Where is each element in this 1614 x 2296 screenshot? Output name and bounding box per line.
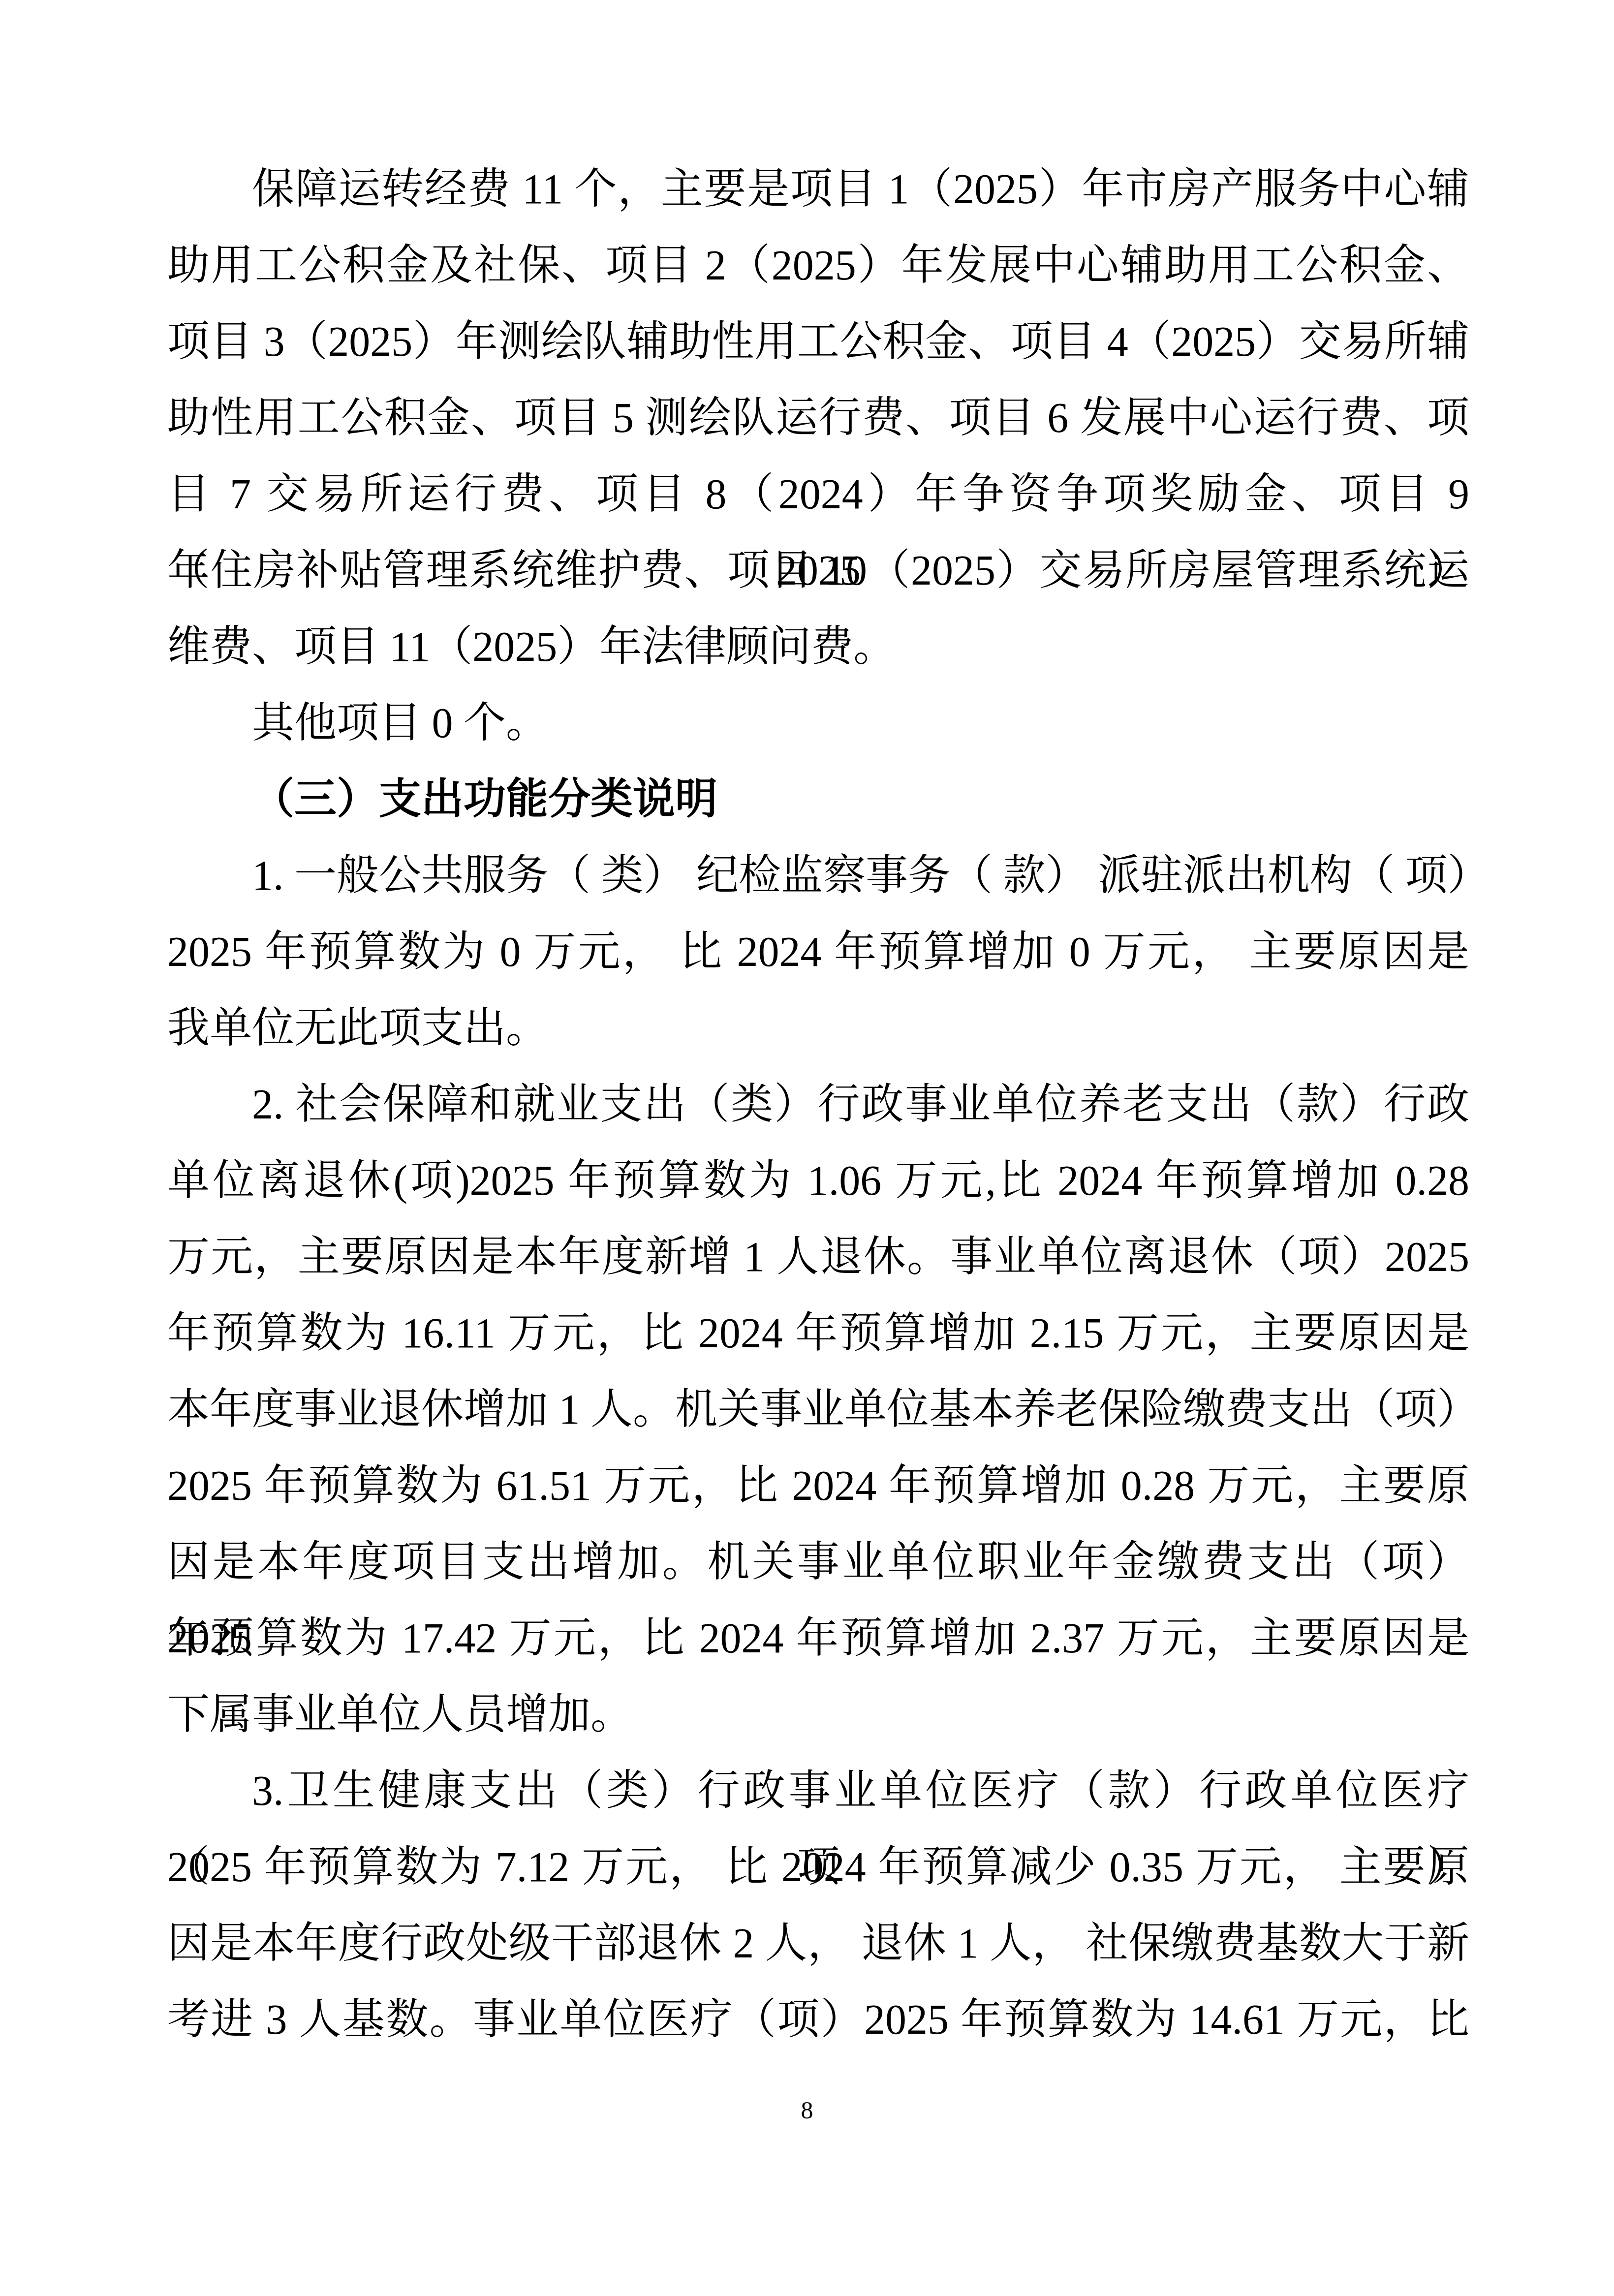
text-line: 助用工公积金及社保、项目 2（2025）年发展中心辅助用工公积金、 [167,227,1469,304]
text-line: 万元，主要原因是本年度新增 1 人退休。事业单位离退休（项）2025 [167,1219,1469,1295]
text-line: 2025 年预算数为 61.51 万元，比 2024 年预算增加 0.28 万元… [167,1448,1469,1524]
text-line: 2025 年预算数为 0 万元， 比 2024 年预算增加 0 万元， 主要原因… [167,914,1469,990]
text-line: 单位离退休(项)2025 年预算数为 1.06 万元,比 2024 年预算增加 … [167,1143,1469,1219]
text-line: 考进 3 人基数。事业单位医疗（项）2025 年预算数为 14.61 万元，比 [167,1982,1469,2058]
text-line: 保障运转经费 11 个，主要是项目 1（2025）年市房产服务中心辅 [167,151,1469,227]
text-line: 年预算数为 16.11 万元，比 2024 年预算增加 2.15 万元，主要原因… [167,1295,1469,1371]
text-line: 3.卫生健康支出（类）行政事业单位医疗（款）行政单位医疗（项） [167,1753,1469,1829]
text-line: 年预算数为 17.42 万元，比 2024 年预算增加 2.37 万元，主要原因… [167,1600,1469,1676]
text-line: 维费、项目 11（2025）年法律顾问费。 [167,609,1469,685]
section-heading: （三）支出功能分类说明 [167,761,1469,838]
text-line: 1. 一般公共服务（ 类） 纪检监察事务（ 款） 派驻派出机构（ 项） [167,838,1469,914]
text-line: 2025 年预算数为 7.12 万元， 比 2024 年预算减少 0.35 万元… [167,1829,1469,1905]
text-line: 项目 3（2025）年测绘队辅助性用工公积金、项目 4（2025）交易所辅 [167,304,1469,380]
text-line: 年住房补贴管理系统维护费、项目 10（2025）交易所房屋管理系统运 [167,532,1469,609]
text-line: 本年度事业退休增加 1 人。机关事业单位基本养老保险缴费支出（项） [167,1371,1469,1448]
text-line: 因是本年度行政处级干部退休 2 人， 退休 1 人， 社保缴费基数大于新 [167,1905,1469,1982]
page-number: 8 [0,2095,1614,2125]
document-page: 保障运转经费 11 个，主要是项目 1（2025）年市房产服务中心辅助用工公积金… [0,0,1614,2296]
text-line: 其他项目 0 个。 [167,685,1469,761]
text-line: 因是本年度项目支出增加。机关事业单位职业年金缴费支出（项）2025 [167,1524,1469,1600]
text-line: 目 7 交易所运行费、项目 8（2024）年争资争项奖励金、项目 9（2025） [167,456,1469,532]
text-line: 下属事业单位人员增加。 [167,1676,1469,1753]
text-line: 2. 社会保障和就业支出（类）行政事业单位养老支出（款）行政 [167,1066,1469,1143]
text-line: 助性用工公积金、项目 5 测绘队运行费、项目 6 发展中心运行费、项 [167,380,1469,456]
text-line: 我单位无此项支出。 [167,990,1469,1066]
body-text: 保障运转经费 11 个，主要是项目 1（2025）年市房产服务中心辅助用工公积金… [167,151,1469,2058]
